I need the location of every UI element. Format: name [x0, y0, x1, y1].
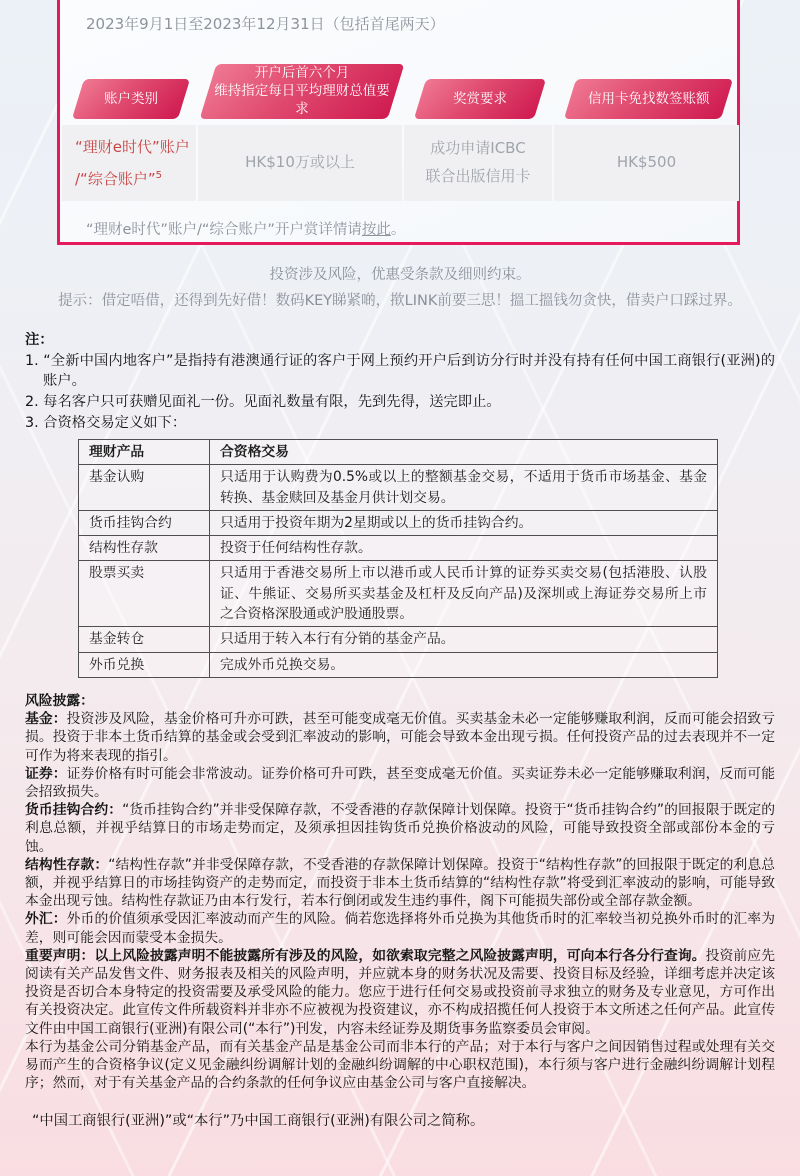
table-row: 外币兑换 完成外币兑换交易。 — [79, 652, 718, 677]
header-chip-label: 信用卡免找数签账额 — [588, 90, 710, 108]
risk-paragraph-text: “货币挂钩合约”并非受保障存款，不受香港的存款保障计划保障。投资于“货币挂钩合约… — [25, 802, 775, 854]
risk-paragraph-text: 本行为基金公司分销基金产品，而有关基金产品是基金公司而非本行的产品；对于本行与客… — [25, 1039, 775, 1091]
cell-product: 基金认购 — [79, 465, 210, 511]
header-chip-label: 账户类别 — [104, 90, 158, 108]
risk-paragraph-label: 证券： — [25, 766, 67, 782]
bank-abbreviation-note: “中国工商银行(亚洲)”或“本行”乃中国工商银行(亚洲)有限公司之简称。 — [25, 1110, 775, 1130]
risk-paragraph: 证券：证券价格有时可能会非常波动。证券价格可升可跌，甚至变成毫无价值。买卖证券未… — [25, 765, 775, 801]
risk-disclosure-heading: 风险披露： — [25, 692, 775, 710]
page-background: 2023年9月1日至2023年12月31日（包括首尾两天） 账户类别 开户后首六… — [0, 0, 800, 1176]
eligibility-table-body: 基金认购 只适用于认购费为0.5%或以上的整额基金交易，不适用于货币市场基金、基… — [79, 465, 718, 678]
cell-account-type: “理财e时代”账户 /“综合账户”5 — [62, 125, 196, 201]
eligibility-table-head: 理财产品 合资格交易 — [79, 440, 718, 465]
risk-paragraph-label: 货币挂钩合约： — [25, 802, 122, 818]
footnote-text: “理财e时代”账户/“综合账户”开户赏详情请 — [86, 222, 362, 238]
risk-paragraph-label: 外汇： — [25, 911, 67, 927]
risk-paragraph-label: 重要声明：以上风险披露声明不能披露所有涉及的风险，如欲索取完整之风险披露声明，可… — [25, 948, 706, 964]
cell-product: 基金转仓 — [79, 627, 210, 652]
risk-paragraph-text: “结构性存款”并非受保障存款，不受香港的存款保障计划保障。投资于“结构性存款”的… — [25, 857, 775, 909]
notes-heading: 注： — [25, 330, 775, 351]
cell-transaction: 只适用于转入本行有分销的基金产品。 — [210, 627, 718, 652]
note-item: 1. “全新中国内地客户”是指持有港澳通行证的客户于网上预约开户后到访分行时并没… — [25, 351, 775, 392]
risk-paragraph: 基金：投资涉及风险，基金价格可升亦可跌，甚至可能变成毫无价值。买卖基金未必一定能… — [25, 710, 775, 765]
cell-transaction: 只适用于投资年期为2星期或以上的货币挂钩合约。 — [210, 510, 718, 535]
cell-product: 股票买卖 — [79, 561, 210, 627]
account-type-line1: “理财e时代”账户 — [75, 131, 190, 163]
notes-section: 注： 1. “全新中国内地客户”是指持有港澳通行证的客户于网上预约开户后到访分行… — [25, 330, 775, 678]
table-row: 基金转仓 只适用于转入本行有分销的基金产品。 — [79, 627, 718, 652]
footnote-period: 。 — [391, 222, 406, 238]
column-header-product: 理财产品 — [79, 440, 210, 465]
cell-balance-requirement: HK$10万或以上 — [198, 125, 402, 201]
risk-paragraph-text: 投资涉及风险，基金价格可升亦可跌，甚至可能变成毫无价值。买卖基金未必一定能够赚取… — [25, 711, 775, 763]
risk-paragraph-label: 结构性存款： — [25, 857, 108, 873]
promo-table-header-row: 账户类别 开户后首六个月 维持指定每日平均理财总值要求 奖赏要求 信用卡免找数签… — [60, 64, 737, 119]
risk-paragraph: 货币挂钩合约：“货币挂钩合约”并非受保障存款，不受香港的存款保障计划保障。投资于… — [25, 801, 775, 856]
header-chip-label: 奖赏要求 — [453, 90, 507, 108]
risk-paragraph-label: 基金： — [25, 711, 67, 727]
promo-card: 2023年9月1日至2023年12月31日（包括首尾两天） 账户类别 开户后首六… — [57, 0, 740, 245]
notes-list: 1. “全新中国内地客户”是指持有港澳通行证的客户于网上预约开户后到访分行时并没… — [25, 351, 775, 433]
risk-paragraph: 结构性存款：“结构性存款”并非受保障存款，不受香港的存款保障计划保障。投资于“结… — [25, 856, 775, 911]
column-header-transaction: 合资格交易 — [210, 440, 718, 465]
risk-paragraph-text: 证券价格有时可能会非常波动。证券价格可升可跌，甚至变成毫无价值。买卖证券未必一定… — [25, 766, 775, 800]
cell-transaction: 只适用于认购费为0.5%或以上的整额基金交易，不适用于货币市场基金、基金转换、基… — [210, 465, 718, 511]
header-chip-account-type: 账户类别 — [72, 79, 190, 119]
disclaimer-line2: 提示：借定唔借，还得到先好借！数码KEY睇紧啲，揿LINK前要三思！搵工搵钱勿贪… — [25, 288, 775, 314]
cell-transaction: 完成外币兑换交易。 — [210, 652, 718, 677]
table-row: 结构性存款 投资于任何结构性存款。 — [79, 536, 718, 561]
footnote-superscript: 5 — [156, 170, 162, 181]
main-content: 投资涉及风险，优惠受条款及细则约束。 提示：借定唔借，还得到先好借！数码KEY睇… — [0, 254, 800, 1130]
header-chip-reward-requirement: 奖赏要求 — [414, 79, 546, 119]
disclaimer-block: 投资涉及风险，优惠受条款及细则约束。 提示：借定唔借，还得到先好借！数码KEY睇… — [25, 262, 775, 314]
table-row: 货币挂钩合约 只适用于投资年期为2星期或以上的货币挂钩合约。 — [79, 510, 718, 535]
card-footnote: “理财e时代”账户/“综合账户”开户赏详情请按此。 — [60, 201, 737, 239]
note-item: 2. 每名客户只可获赠见面礼一份。见面礼数量有限，先到先得，送完即止。 — [25, 392, 775, 413]
details-link[interactable]: 按此 — [362, 222, 391, 238]
cell-transaction: 只适用于香港交易所上市以港币或人民币计算的证券买卖交易(包括港股、认股证、牛熊证… — [210, 561, 718, 627]
eligibility-table: 理财产品 合资格交易 基金认购 只适用于认购费为0.5%或以上的整额基金交易，不… — [78, 439, 718, 678]
risk-paragraph-text: 外币的价值须承受因汇率波动而产生的风险。倘若您选择将外币兑换为其他货币时的汇率较… — [25, 911, 775, 945]
table-row: 基金认购 只适用于认购费为0.5%或以上的整额基金交易，不适用于货币市场基金、基… — [79, 465, 718, 511]
promo-table-row: “理财e时代”账户 /“综合账户”5 HK$10万或以上 成功申请ICBC 联合… — [60, 125, 737, 201]
cell-product: 外币兑换 — [79, 652, 210, 677]
header-chip-label: 开户后首六个月 维持指定每日平均理财总值要求 — [208, 64, 396, 119]
cell-reward-requirement: 成功申请ICBC 联合出版信用卡 — [404, 125, 552, 201]
disclaimer-line1: 投资涉及风险，优惠受条款及细则约束。 — [25, 262, 775, 288]
account-type-line2: /“综合账户”5 — [75, 163, 162, 195]
header-chip-balance-requirement: 开户后首六个月 维持指定每日平均理财总值要求 — [200, 64, 405, 119]
risk-disclosure-section: 风险披露： 基金：投资涉及风险，基金价格可升亦可跌，甚至可能变成毫无价值。买卖基… — [25, 692, 775, 1092]
risk-paragraph: 外汇：外币的价值须承受因汇率波动而产生的风险。倘若您选择将外币兑换为其他货币时的… — [25, 910, 775, 946]
risk-paragraphs: 基金：投资涉及风险，基金价格可升亦可跌，甚至可能变成毫无价值。买卖基金未必一定能… — [25, 710, 775, 1092]
cell-credit-amount: HK$500 — [554, 125, 739, 201]
cell-transaction: 投资于任何结构性存款。 — [210, 536, 718, 561]
header-chip-credit-amount: 信用卡免找数签账额 — [564, 79, 733, 119]
table-row: 股票买卖 只适用于香港交易所上市以港币或人民币计算的证券买卖交易(包括港股、认股… — [79, 561, 718, 627]
promo-date-range: 2023年9月1日至2023年12月31日（包括首尾两天） — [60, 0, 737, 34]
cell-product: 结构性存款 — [79, 536, 210, 561]
cell-product: 货币挂钩合约 — [79, 510, 210, 535]
risk-paragraph: 重要声明：以上风险披露声明不能披露所有涉及的风险，如欲索取完整之风险披露声明，可… — [25, 947, 775, 1038]
risk-paragraph: 本行为基金公司分销基金产品，而有关基金产品是基金公司而非本行的产品；对于本行与客… — [25, 1038, 775, 1093]
note-item: 3. 合资格交易定义如下： — [25, 413, 775, 434]
table-header-row: 理财产品 合资格交易 — [79, 440, 718, 465]
